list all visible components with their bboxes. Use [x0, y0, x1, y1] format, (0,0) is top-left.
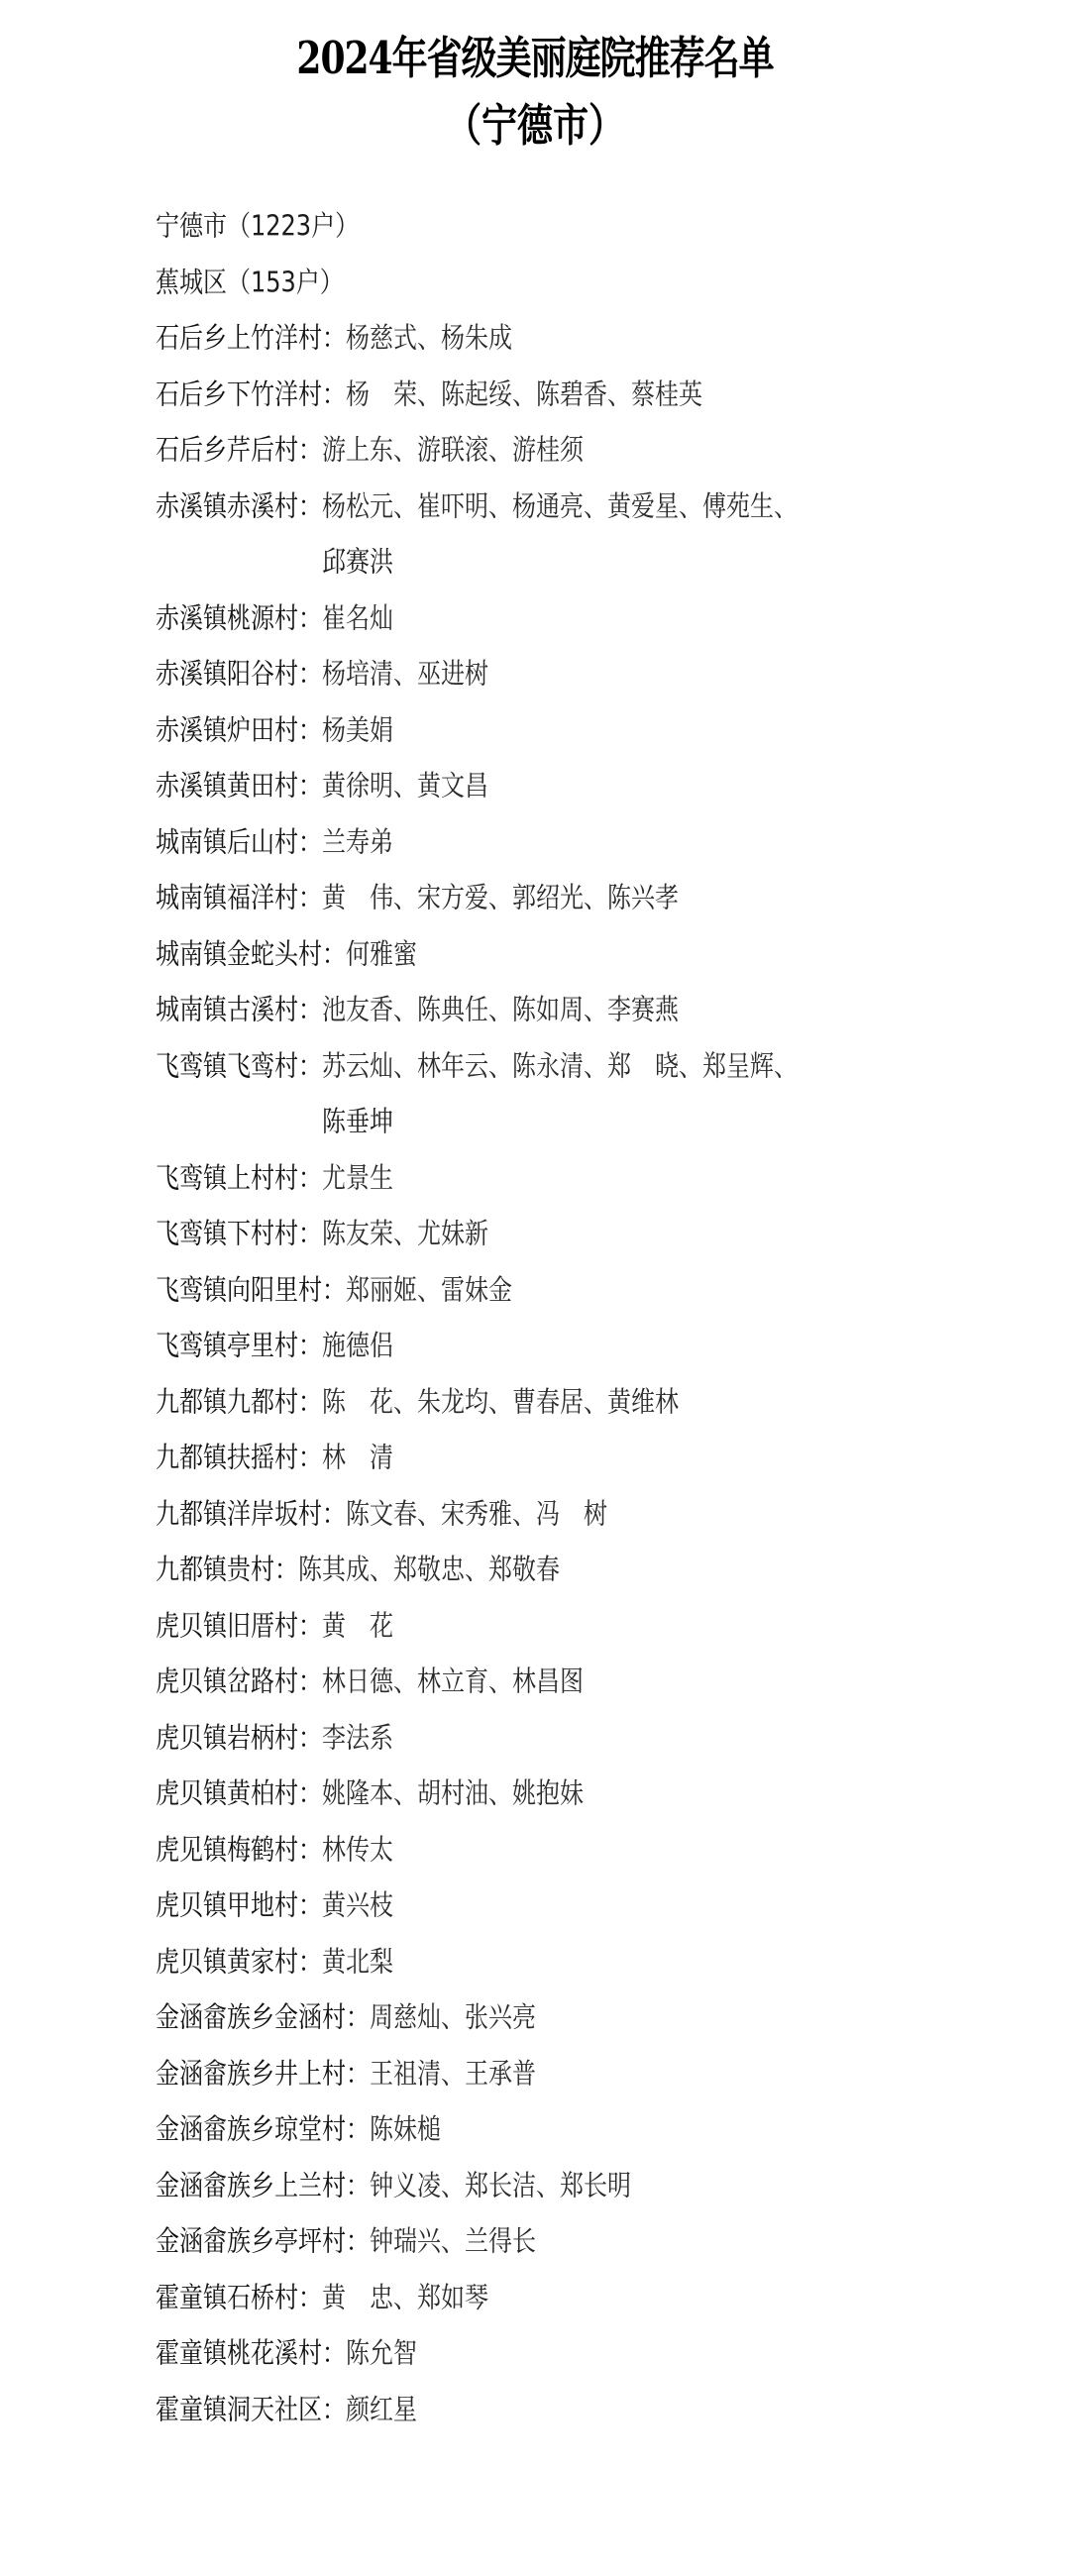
village-label: 金涵畲族乡琼堂村： [156, 2112, 370, 2145]
household-names: 何雅蜜 [346, 937, 417, 970]
household-names: 苏云灿、林年云、陈永清、郑 晓、郑呈辉、 [322, 1049, 798, 1082]
village-label: 飞鸾镇上村村： [156, 1161, 322, 1194]
village-label: 霍童镇桃花溪村： [156, 2336, 346, 2369]
household-names: 王祖清、王承普 [370, 2057, 536, 2090]
household-names: 施德侣 [322, 1329, 393, 1361]
household-names: 黄 伟、宋方爱、郭绍光、陈兴孝 [322, 881, 679, 913]
village-label: 虎贝镇黄家村： [156, 1945, 322, 1978]
document-title: 2024年省级美丽庭院推荐名单 [0, 24, 1070, 93]
village-label: 金涵畲族乡上兰村： [156, 2169, 370, 2201]
household-names: 陈 花、朱龙均、曹春居、黄维林 [322, 1385, 679, 1418]
village-label: 石后乡上竹洋村： [156, 321, 346, 354]
village-label: 城南镇福洋村： [156, 881, 322, 913]
household-names: 林 清 [322, 1441, 393, 1473]
list-item: 霍童镇洞天社区：颜红星 [156, 2376, 948, 2442]
household-names: 钟瑞兴、兰得长 [370, 2224, 536, 2257]
household-names: 游上东、游联滚、游桂须 [322, 433, 584, 466]
village-label: 赤溪镇桃源村： [156, 601, 322, 634]
village-label: 城南镇后山村： [156, 825, 322, 858]
village-label: 金涵畲族乡金涵村： [156, 2000, 370, 2033]
village-label: 金涵畲族乡井上村： [156, 2057, 370, 2090]
village-label: 九都镇九都村： [156, 1385, 322, 1418]
village-label: 城南镇金蛇头村： [156, 937, 346, 970]
household-names: 杨美娟 [322, 713, 393, 746]
household-names: 杨松元、崔吓明、杨通亮、黄爱星、傅苑生、 [322, 489, 798, 522]
village-label: 飞鸾镇下村村： [156, 1217, 322, 1249]
entries-container: 石后乡上竹洋村：杨慈式、杨朱成石后乡下竹洋村：杨 荣、陈起绥、陈碧香、蔡桂英石后… [156, 310, 948, 2437]
household-names: 钟义凌、郑长洁、郑长明 [370, 2169, 631, 2201]
village-label: 赤溪镇赤溪村： [156, 489, 322, 522]
village-label: 金涵畲族乡亭坪村： [156, 2224, 370, 2257]
village-label: 霍童镇洞天社区： [156, 2393, 346, 2425]
village-label: 石后乡芹后村： [156, 433, 322, 466]
village-label: 赤溪镇炉田村： [156, 713, 322, 746]
document-subtitle: （宁德市） [0, 91, 1070, 161]
village-label: 赤溪镇阳谷村： [156, 657, 322, 690]
household-names: 林传太 [322, 1833, 393, 1866]
household-names: 兰寿弟 [322, 825, 393, 858]
household-names: 陈文春、宋秀雅、冯 树 [346, 1497, 607, 1530]
household-names: 陈妹槌 [370, 2112, 441, 2145]
household-names: 黄 忠、郑如琴 [322, 2281, 488, 2313]
village-label: 飞鸾镇飞鸾村： [156, 1049, 322, 1082]
household-names: 尤景生 [322, 1161, 393, 1194]
household-names: 黄徐明、黄文昌 [322, 769, 488, 802]
village-label: 虎贝镇岔路村： [156, 1664, 322, 1697]
village-label: 虎贝镇旧厝村： [156, 1609, 322, 1642]
village-label: 虎贝镇岩柄村： [156, 1721, 322, 1754]
village-label: 霍童镇石桥村： [156, 2281, 322, 2313]
village-label: 虎贝镇甲地村： [156, 1888, 322, 1921]
household-names: 周慈灿、张兴亮 [370, 2000, 536, 2033]
household-names: 黄北梨 [322, 1945, 393, 1978]
household-names: 黄 花 [322, 1609, 393, 1642]
household-names: 李法系 [322, 1721, 393, 1754]
household-names: 陈其成、郑敬忠、郑敬春 [298, 1553, 560, 1585]
village-label: 虎见镇梅鹤村： [156, 1833, 322, 1866]
household-names: 郑丽姬、雷妹金 [346, 1273, 512, 1306]
household-names: 陈允智 [346, 2336, 417, 2369]
household-names: 杨培清、巫进树 [322, 657, 488, 690]
village-label: 虎贝镇黄柏村： [156, 1776, 322, 1809]
village-label: 九都镇扶摇村： [156, 1441, 322, 1473]
village-label: 石后乡下竹洋村： [156, 377, 346, 410]
village-label: 九都镇贵村： [156, 1553, 298, 1585]
household-names: 杨慈式、杨朱成 [346, 321, 512, 354]
household-names: 颜红星 [346, 2393, 417, 2425]
household-names: 姚隆本、胡村油、姚抱妹 [322, 1776, 584, 1809]
household-names: 崔名灿 [322, 601, 393, 634]
household-names: 杨 荣、陈起绥、陈碧香、蔡桂英 [346, 377, 702, 410]
village-label: 飞鸾镇向阳里村： [156, 1273, 346, 1306]
household-names: 陈友荣、尤妹新 [322, 1217, 488, 1249]
household-names: 林日德、林立育、林昌图 [322, 1664, 584, 1697]
village-label: 飞鸾镇亭里村： [156, 1329, 322, 1361]
village-label: 城南镇古溪村： [156, 993, 322, 1025]
recommendation-list: 宁德市（1223户） 蕉城区（153户） 石后乡上竹洋村：杨慈式、杨朱成石后乡下… [156, 198, 948, 2437]
village-label: 赤溪镇黄田村： [156, 769, 322, 802]
village-label: 九都镇洋岸坂村： [156, 1497, 346, 1530]
household-names: 池友香、陈典任、陈如周、李赛燕 [322, 993, 679, 1025]
household-names: 黄兴枝 [322, 1888, 393, 1921]
